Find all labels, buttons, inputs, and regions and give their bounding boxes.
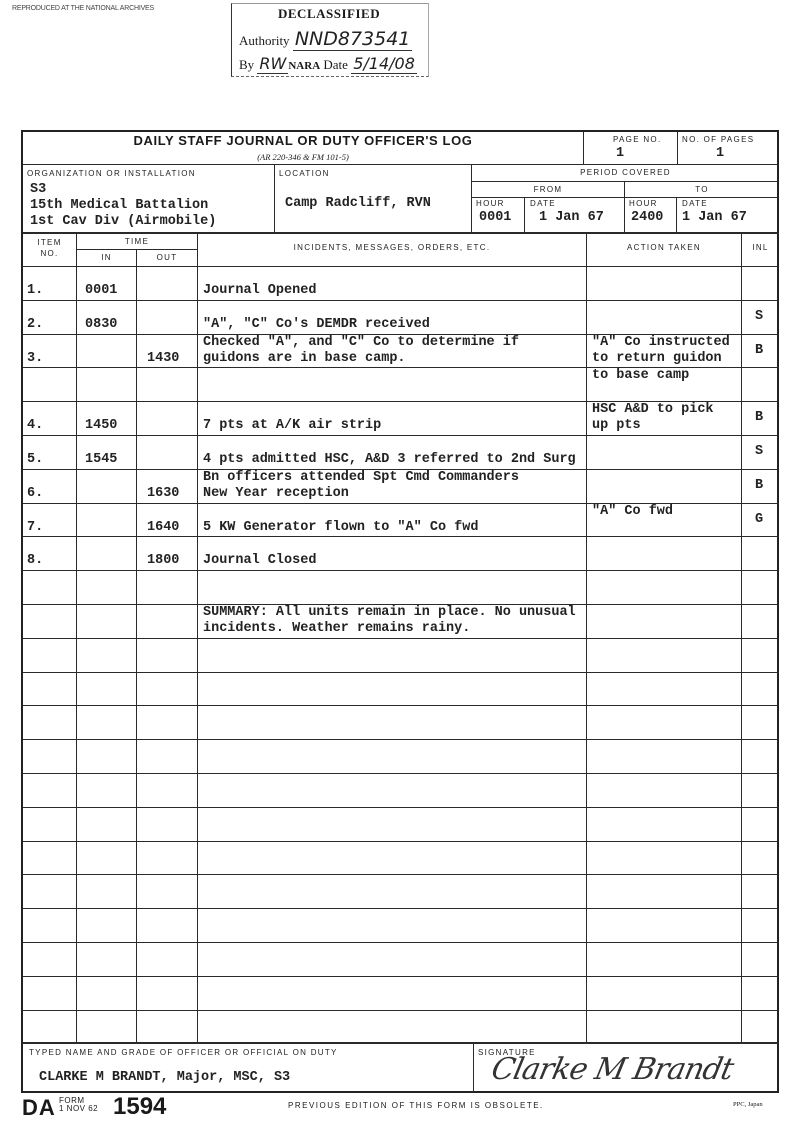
- row-item-no: 7.: [27, 520, 43, 535]
- row-action-line-1: HSC A&D to pick: [592, 402, 714, 417]
- row-time-out: 1800: [147, 553, 179, 568]
- row-line: [23, 570, 779, 571]
- row-inl: B: [755, 478, 763, 493]
- stamp-by-label: By: [239, 57, 254, 72]
- stamp-authority-line: Authority NND873541: [239, 28, 412, 50]
- organization-line-2: 15th Medical Battalion: [30, 198, 208, 213]
- organization-line-3: 1st Cav Div (Airmobile): [30, 214, 216, 229]
- printer-mark: PPC, Japan: [733, 1101, 763, 1108]
- row-time-out: 1430: [147, 351, 179, 366]
- divider: [274, 164, 275, 232]
- row-line: [23, 266, 779, 267]
- form-title: DAILY STAFF JOURNAL OR DUTY OFFICER'S LO…: [23, 133, 583, 148]
- row-item-no: 5.: [27, 452, 43, 467]
- location-value: Camp Radcliff, RVN: [285, 196, 431, 211]
- row-incident-line-2: 4 pts admitted HSC, A&D 3 referred to 2n…: [203, 452, 576, 467]
- row-incident-line-2: guidons are in base camp.: [203, 351, 406, 366]
- col-time-label: TIME: [77, 237, 197, 246]
- row-item-no: 4.: [27, 418, 43, 433]
- previous-edition-notice: PREVIOUS EDITION OF THIS FORM IS OBSOLET…: [288, 1101, 544, 1110]
- declassified-stamp: DECLASSIFIED Authority NND873541 By RWNA…: [231, 3, 429, 77]
- divider: [471, 197, 779, 198]
- officer-name: CLARKE M BRANDT, Major, MSC, S3: [39, 1070, 290, 1085]
- row-inl: S: [755, 309, 763, 324]
- stamp-authority-label: Authority: [239, 33, 290, 48]
- to-label: TO: [625, 185, 779, 194]
- row-line: [23, 705, 779, 706]
- from-label: FROM: [472, 185, 624, 194]
- col-out-label: OUT: [137, 253, 197, 262]
- row-item-no: 3.: [27, 351, 43, 366]
- archives-notice: REPRODUCED AT THE NATIONAL ARCHIVES: [12, 5, 154, 12]
- to-hour-value: 2400: [631, 210, 663, 225]
- organization-line-1: S3: [30, 182, 46, 197]
- row-item-no: 6.: [27, 486, 43, 501]
- row-line: [23, 672, 779, 673]
- to-date-label: DATE: [682, 199, 708, 208]
- row-inl: S: [755, 444, 763, 459]
- col-in-label: IN: [77, 253, 136, 262]
- row-inl: B: [755, 410, 763, 425]
- divider: [23, 164, 779, 165]
- row-line: [23, 536, 779, 537]
- row-time-in: 1545: [85, 452, 117, 467]
- row-line: [23, 942, 779, 943]
- divider: [677, 132, 678, 164]
- divider: [624, 181, 625, 232]
- col-action-label: ACTION TAKEN: [587, 243, 741, 252]
- to-hour-label: HOUR: [629, 199, 658, 208]
- row-line: [23, 908, 779, 909]
- row-line: [23, 976, 779, 977]
- col-item-label-2: NO.: [23, 249, 76, 258]
- form-date: 1 NOV 62: [59, 1105, 98, 1113]
- row-item-no: 1.: [27, 283, 43, 298]
- divider: [676, 197, 677, 232]
- stamp-date-value: 5/14/08: [351, 54, 417, 74]
- row-inl: G: [755, 512, 763, 527]
- divider: [23, 232, 779, 234]
- form-subtitle: (AR 220-346 & FM 101-5): [23, 152, 583, 162]
- row-incident-line-2: 7 pts at A/K air strip: [203, 418, 381, 433]
- no-of-pages-label: NO. OF PAGES: [682, 135, 754, 144]
- row-action-line-2: to return guidon: [592, 351, 722, 366]
- divider: [473, 1042, 474, 1093]
- stamp-by-line: By RWNARA Date 5/14/08: [239, 54, 417, 73]
- row-line: [23, 841, 779, 842]
- stamp-by-initials: RW: [257, 54, 288, 74]
- row-incident-line-2: "A", "C" Co's DEMDR received: [203, 317, 430, 332]
- journal-form: DAILY STAFF JOURNAL OR DUTY OFFICER'S LO…: [21, 130, 779, 1093]
- row-incident-line-2: incidents. Weather remains rainy.: [203, 621, 470, 636]
- row-time-out: 1630: [147, 486, 179, 501]
- from-hour-label: HOUR: [476, 199, 505, 208]
- row-incident-line-1: Checked "A", and "C" Co to determine if: [203, 335, 519, 350]
- form-edition: FORM 1 NOV 62: [59, 1097, 98, 1113]
- row-incident-line-1: SUMMARY: All units remain in place. No u…: [203, 605, 576, 620]
- row-line: [23, 435, 779, 436]
- location-label: LOCATION: [279, 169, 330, 178]
- row-incident-line-2: New Year reception: [203, 486, 349, 501]
- row-incident-line-2: Journal Closed: [203, 553, 316, 568]
- page-no-label: PAGE NO.: [613, 135, 661, 144]
- col-item-label-1: ITEM: [23, 238, 76, 247]
- row-action-line-2: up pts: [592, 418, 641, 433]
- row-incident-line-1: Bn officers attended Spt Cmd Commanders: [203, 470, 519, 485]
- row-line: [23, 807, 779, 808]
- row-action-line-1: "A" Co fwd: [592, 504, 673, 519]
- to-date-value: 1 Jan 67: [682, 210, 747, 225]
- divider: [524, 197, 525, 232]
- no-of-pages-value: 1: [716, 146, 724, 161]
- stamp-nara-label: NARA: [288, 60, 320, 72]
- form-number: 1594: [113, 1093, 166, 1121]
- form-prefix: DA: [22, 1095, 56, 1121]
- row-line: [23, 739, 779, 740]
- col-inl-label: INL: [742, 243, 779, 252]
- row-inl: B: [755, 343, 763, 358]
- row-line: [23, 1010, 779, 1011]
- row-item-no: 2.: [27, 317, 43, 332]
- row-action-line-1: to base camp: [592, 368, 689, 383]
- period-covered-label: PERIOD COVERED: [472, 168, 779, 177]
- organization-label: ORGANIZATION OR INSTALLATION: [27, 169, 196, 178]
- row-item-no: 8.: [27, 553, 43, 568]
- stamp-date-label: Date: [323, 57, 348, 72]
- divider: [23, 1042, 779, 1044]
- stamp-authority-value: NND873541: [293, 28, 413, 51]
- row-line: [23, 638, 779, 639]
- officer-label: TYPED NAME AND GRADE OF OFFICER OR OFFIC…: [29, 1048, 338, 1057]
- row-time-in: 0001: [85, 283, 117, 298]
- page-no-value: 1: [616, 146, 624, 161]
- officer-signature: Clarke M Brandt: [488, 1052, 736, 1087]
- row-time-in: 0830: [85, 317, 117, 332]
- from-hour-value: 0001: [479, 210, 511, 225]
- row-line: [23, 773, 779, 774]
- row-incident-line-2: Journal Opened: [203, 283, 316, 298]
- row-incident-line-2: 5 KW Generator flown to "A" Co fwd: [203, 520, 478, 535]
- row-line: [23, 300, 779, 301]
- col-incidents-label: INCIDENTS, MESSAGES, ORDERS, ETC.: [198, 243, 586, 252]
- row-line: [23, 874, 779, 875]
- divider: [471, 181, 779, 182]
- from-date-value: 1 Jan 67: [539, 210, 604, 225]
- row-time-in: 1450: [85, 418, 117, 433]
- from-date-label: DATE: [530, 199, 556, 208]
- row-action-line-1: "A" Co instructed: [592, 335, 730, 350]
- divider: [583, 132, 584, 164]
- row-time-out: 1640: [147, 520, 179, 535]
- stamp-title: DECLASSIFIED: [278, 6, 380, 22]
